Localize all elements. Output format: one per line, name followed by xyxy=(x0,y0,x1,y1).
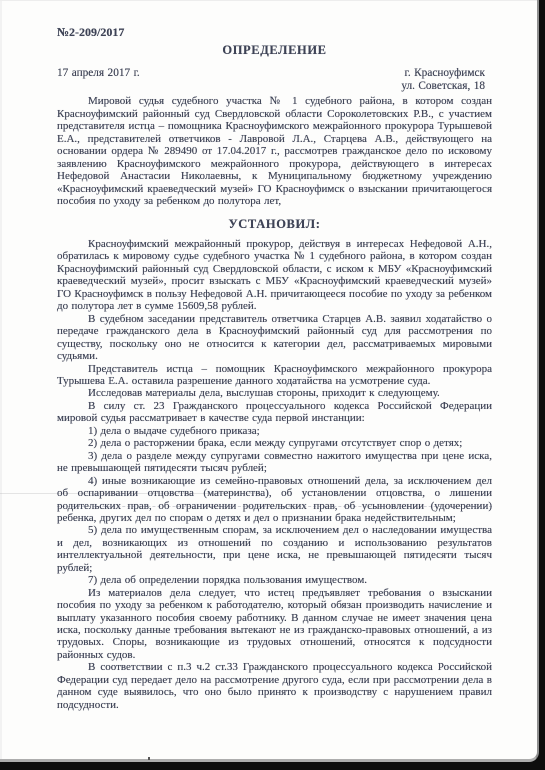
body-paragraph-motion: В судебном заседании представитель ответ… xyxy=(57,313,492,363)
document-title: ОПРЕДЕЛЕНИЕ xyxy=(57,44,492,56)
body-paragraph-article-33: В соответствии с п.3 ч.2 ст.33 Гражданск… xyxy=(57,661,492,711)
scanned-court-document: { "document": { "case_number": "№2-209/2… xyxy=(0,0,545,770)
date-location-row: 17 апреля 2017 г. г. Красноуфимск ул. Со… xyxy=(57,67,492,93)
list-item-3: 3) дела о разделе между супругами совмес… xyxy=(57,450,492,475)
case-number: №2-209/2017 xyxy=(57,26,492,39)
preamble-paragraph: Мировой судья судебного участка № 1 суде… xyxy=(57,95,492,207)
list-item-7: 7) дела об определении порядка пользован… xyxy=(57,574,492,586)
document-date: 17 апреля 2017 г. xyxy=(57,67,140,79)
court-location-block: г. Красноуфимск ул. Советская, 18 xyxy=(401,67,492,93)
body-paragraph-plaintiff-rep: Представитель истца – помощник Красноуфи… xyxy=(57,363,492,388)
body-paragraph-article-23: В силу ст. 23 Гражданского процессуально… xyxy=(57,400,492,425)
body-paragraph-conclusion: Из материалов дела следует, что истец пр… xyxy=(57,587,492,662)
document-content: №2-209/2017 ОПРЕДЕЛЕНИЕ 17 апреля 2017 г… xyxy=(57,26,492,711)
scan-artifact-speck xyxy=(148,757,150,760)
list-item-2: 2) дела о расторжении брака, если между … xyxy=(57,437,492,449)
court-address: ул. Советская, 18 xyxy=(401,80,485,93)
list-item-1: 1) дела о выдаче судебного приказа; xyxy=(57,425,492,437)
list-item-4: 4) иные возникающие из семейно-правовых … xyxy=(57,475,492,525)
scanned-page: №2-209/2017 ОПРЕДЕЛЕНИЕ 17 апреля 2017 г… xyxy=(0,0,539,762)
court-city: г. Красноуфимск xyxy=(405,67,485,80)
list-item-5: 5) дела по имущественным спорам, за искл… xyxy=(57,524,492,574)
body-paragraph-materials: Исследовав материалы дела, выслушав стор… xyxy=(57,387,492,399)
established-heading: УСТАНОВИЛ: xyxy=(57,218,492,230)
body-paragraph-claim: Красноуфимский межрайонный прокурор, дей… xyxy=(57,238,492,313)
